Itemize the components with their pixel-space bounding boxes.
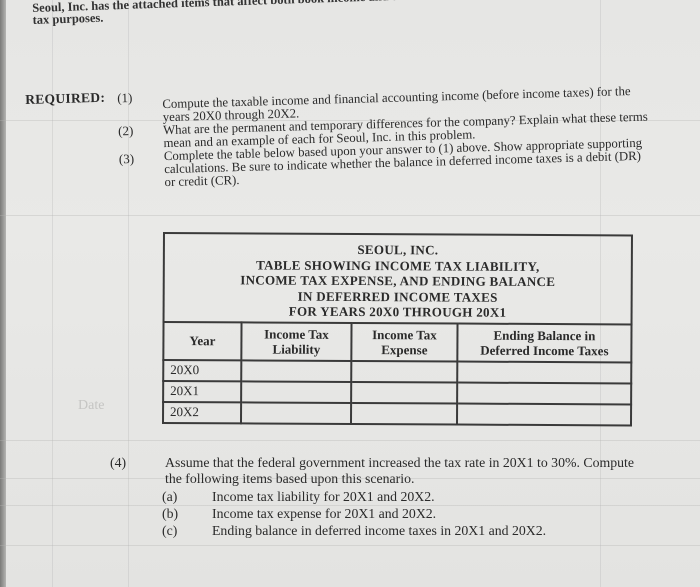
header-year: Year [163,322,241,360]
cell-year: 20X1 [163,381,241,402]
header-income-tax-expense: Income TaxExpense [351,322,457,361]
tax-table: SEOUL, INC. TABLE SHOWING INCOME TAX LIA… [162,232,633,424]
cell-expense [351,381,457,403]
header-income-tax-liability: Income TaxLiability [241,322,351,361]
subitem-text: Income tax expense for 20X1 and 20X2. [212,506,436,521]
bleed-date-label: Date [78,398,104,414]
table-row: 20X2 [163,402,631,425]
cell-year: 20X2 [163,402,241,423]
subitem-letter: (b) [162,506,212,522]
header-ending-balance: Ending Balance inDeferred Income Taxes [457,323,631,362]
required-item-number: (2) [118,123,134,139]
question-4-line-2: the following items based upon this scen… [165,471,700,487]
required-label: REQUIRED: [25,90,105,108]
table-row: 20X1 [163,381,631,404]
table-row: 20X0 [163,360,631,383]
table-title-line: FOR YEARS 20X0 THROUGH 20X1 [165,303,631,321]
cell-year: 20X0 [163,360,241,381]
page-edge-shadow [0,0,6,587]
question-4-text: Assume that the federal government incre… [165,455,700,487]
bleed-line [0,215,700,216]
question-4-subitem: (a)Income tax liability for 20X1 and 20X… [162,489,435,505]
cell-liability [241,360,351,382]
tax-grid: Year Income TaxLiability Income TaxExpen… [162,320,633,425]
subitem-text: Ending balance in deferred income taxes … [212,523,546,538]
subitem-text: Income tax liability for 20X1 and 20X2. [212,489,435,504]
bleed-line [0,545,700,546]
cell-liability [241,402,351,424]
cell-liability [241,381,351,403]
bleed-line [128,0,129,587]
cell-balance [457,382,631,404]
cell-balance [457,403,631,425]
bleed-line [52,0,53,587]
cell-balance [457,361,631,383]
cell-expense [351,360,457,382]
table-title: SEOUL, INC. TABLE SHOWING INCOME TAX LIA… [163,232,633,323]
question-4-subitem: (c)Ending balance in deferred income tax… [162,523,546,539]
intro-paragraph: Seoul, Inc. has the attached items that … [32,0,632,26]
bleed-line [0,440,700,441]
question-4-number: (4) [110,455,126,471]
question-4-subitem: (b)Income tax expense for 20X1 and 20X2. [162,506,436,522]
required-section: REQUIRED: (1) Compute the taxable income… [25,74,665,92]
required-item-number: (1) [117,90,133,106]
question-4-line-1: Assume that the federal government incre… [165,455,700,471]
cell-expense [351,402,457,424]
required-item-number: (3) [119,151,135,167]
subitem-letter: (c) [162,523,212,539]
textbook-page: Date Seoul, Inc. has the attached items … [0,0,700,587]
subitem-letter: (a) [162,489,212,505]
